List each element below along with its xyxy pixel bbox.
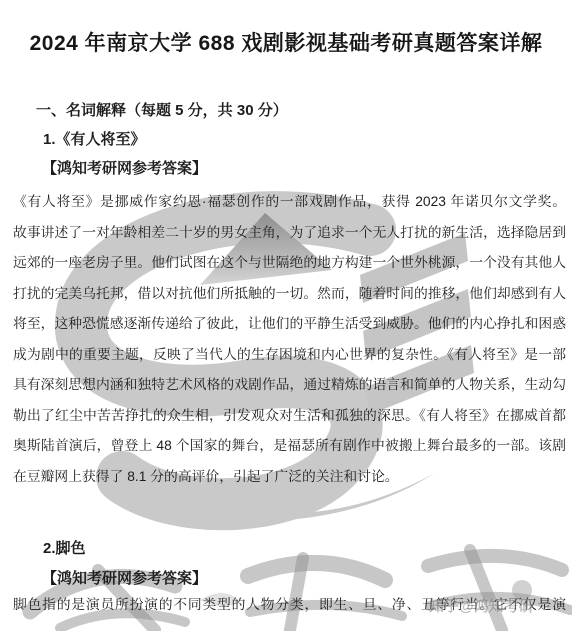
answer-paragraph-1: 《有人将至》是挪威作家约恩·福瑟创作的一部戏剧作品，获得 2023 年诺贝尔文学… xyxy=(13,187,566,492)
paragraph-line: 奥斯陆首演后，曾登上 48 个国家的舞台，是福瑟所有剧作中被搬上舞台最多的一部。… xyxy=(13,431,566,462)
paragraph-line: 成为剧中的重要主题，反映了当代人的生存困境和内心世界的复杂性。《有人将至》是一部 xyxy=(13,340,566,371)
answer-source-label-1: 【鸿知考研网参考答案】 xyxy=(42,157,207,178)
question-2-title: 2.脚色 xyxy=(43,537,86,558)
section-heading: 一、名词解释（每题 5 分，共 30 分） xyxy=(36,99,288,120)
paragraph-line: 打扰的完美乌托邦，借以对抗他们所抵触的一切。然而，随着时间的推移，他们却感到有人 xyxy=(13,279,566,310)
paragraph-line: 具有深刻思想内涵和独特艺术风格的戏剧作品，通过精炼的语言和简单的人物关系，生动勾 xyxy=(13,370,566,401)
paragraph-line: 《有人将至》是挪威作家约恩·福瑟创作的一部戏剧作品，获得 2023 年诺贝尔文学… xyxy=(13,187,566,218)
zhihu-watermark: 知乎@鸿知考研 xyxy=(429,595,534,616)
paragraph-line: 在豆瓣网上获得了 8.1 分的高评价，引起了广泛的关注和讨论。 xyxy=(13,462,566,493)
paragraph-line: 勒出了红尘中苦苦挣扎的众生相，引发观众对生活和孤独的深思。《有人将至》在挪威首都 xyxy=(13,401,566,432)
document-page: 2024 年南京大学 688 戏剧影视基础考研真题答案详解 一、名词解释（每题 … xyxy=(0,0,572,631)
paragraph-line: 远郊的一座老房子里。他们试图在这个与世隔绝的地方构建一个世外桃源，一个没有其他人 xyxy=(13,248,566,279)
answer-source-label-2: 【鸿知考研网参考答案】 xyxy=(42,567,207,588)
page-title: 2024 年南京大学 688 戏剧影视基础考研真题答案详解 xyxy=(0,27,572,57)
question-1-title: 1.《有人将至》 xyxy=(43,128,146,149)
paragraph-line: 故事讲述了一对年龄相差二十岁的男女主角，为了追求一个无人打扰的新生活，选择隐居到 xyxy=(13,218,566,249)
paragraph-line: 将至，这种恐慌感逐渐传递给了彼此，让他们的平静生活受到威胁。他们的内心挣扎和困惑 xyxy=(13,309,566,340)
